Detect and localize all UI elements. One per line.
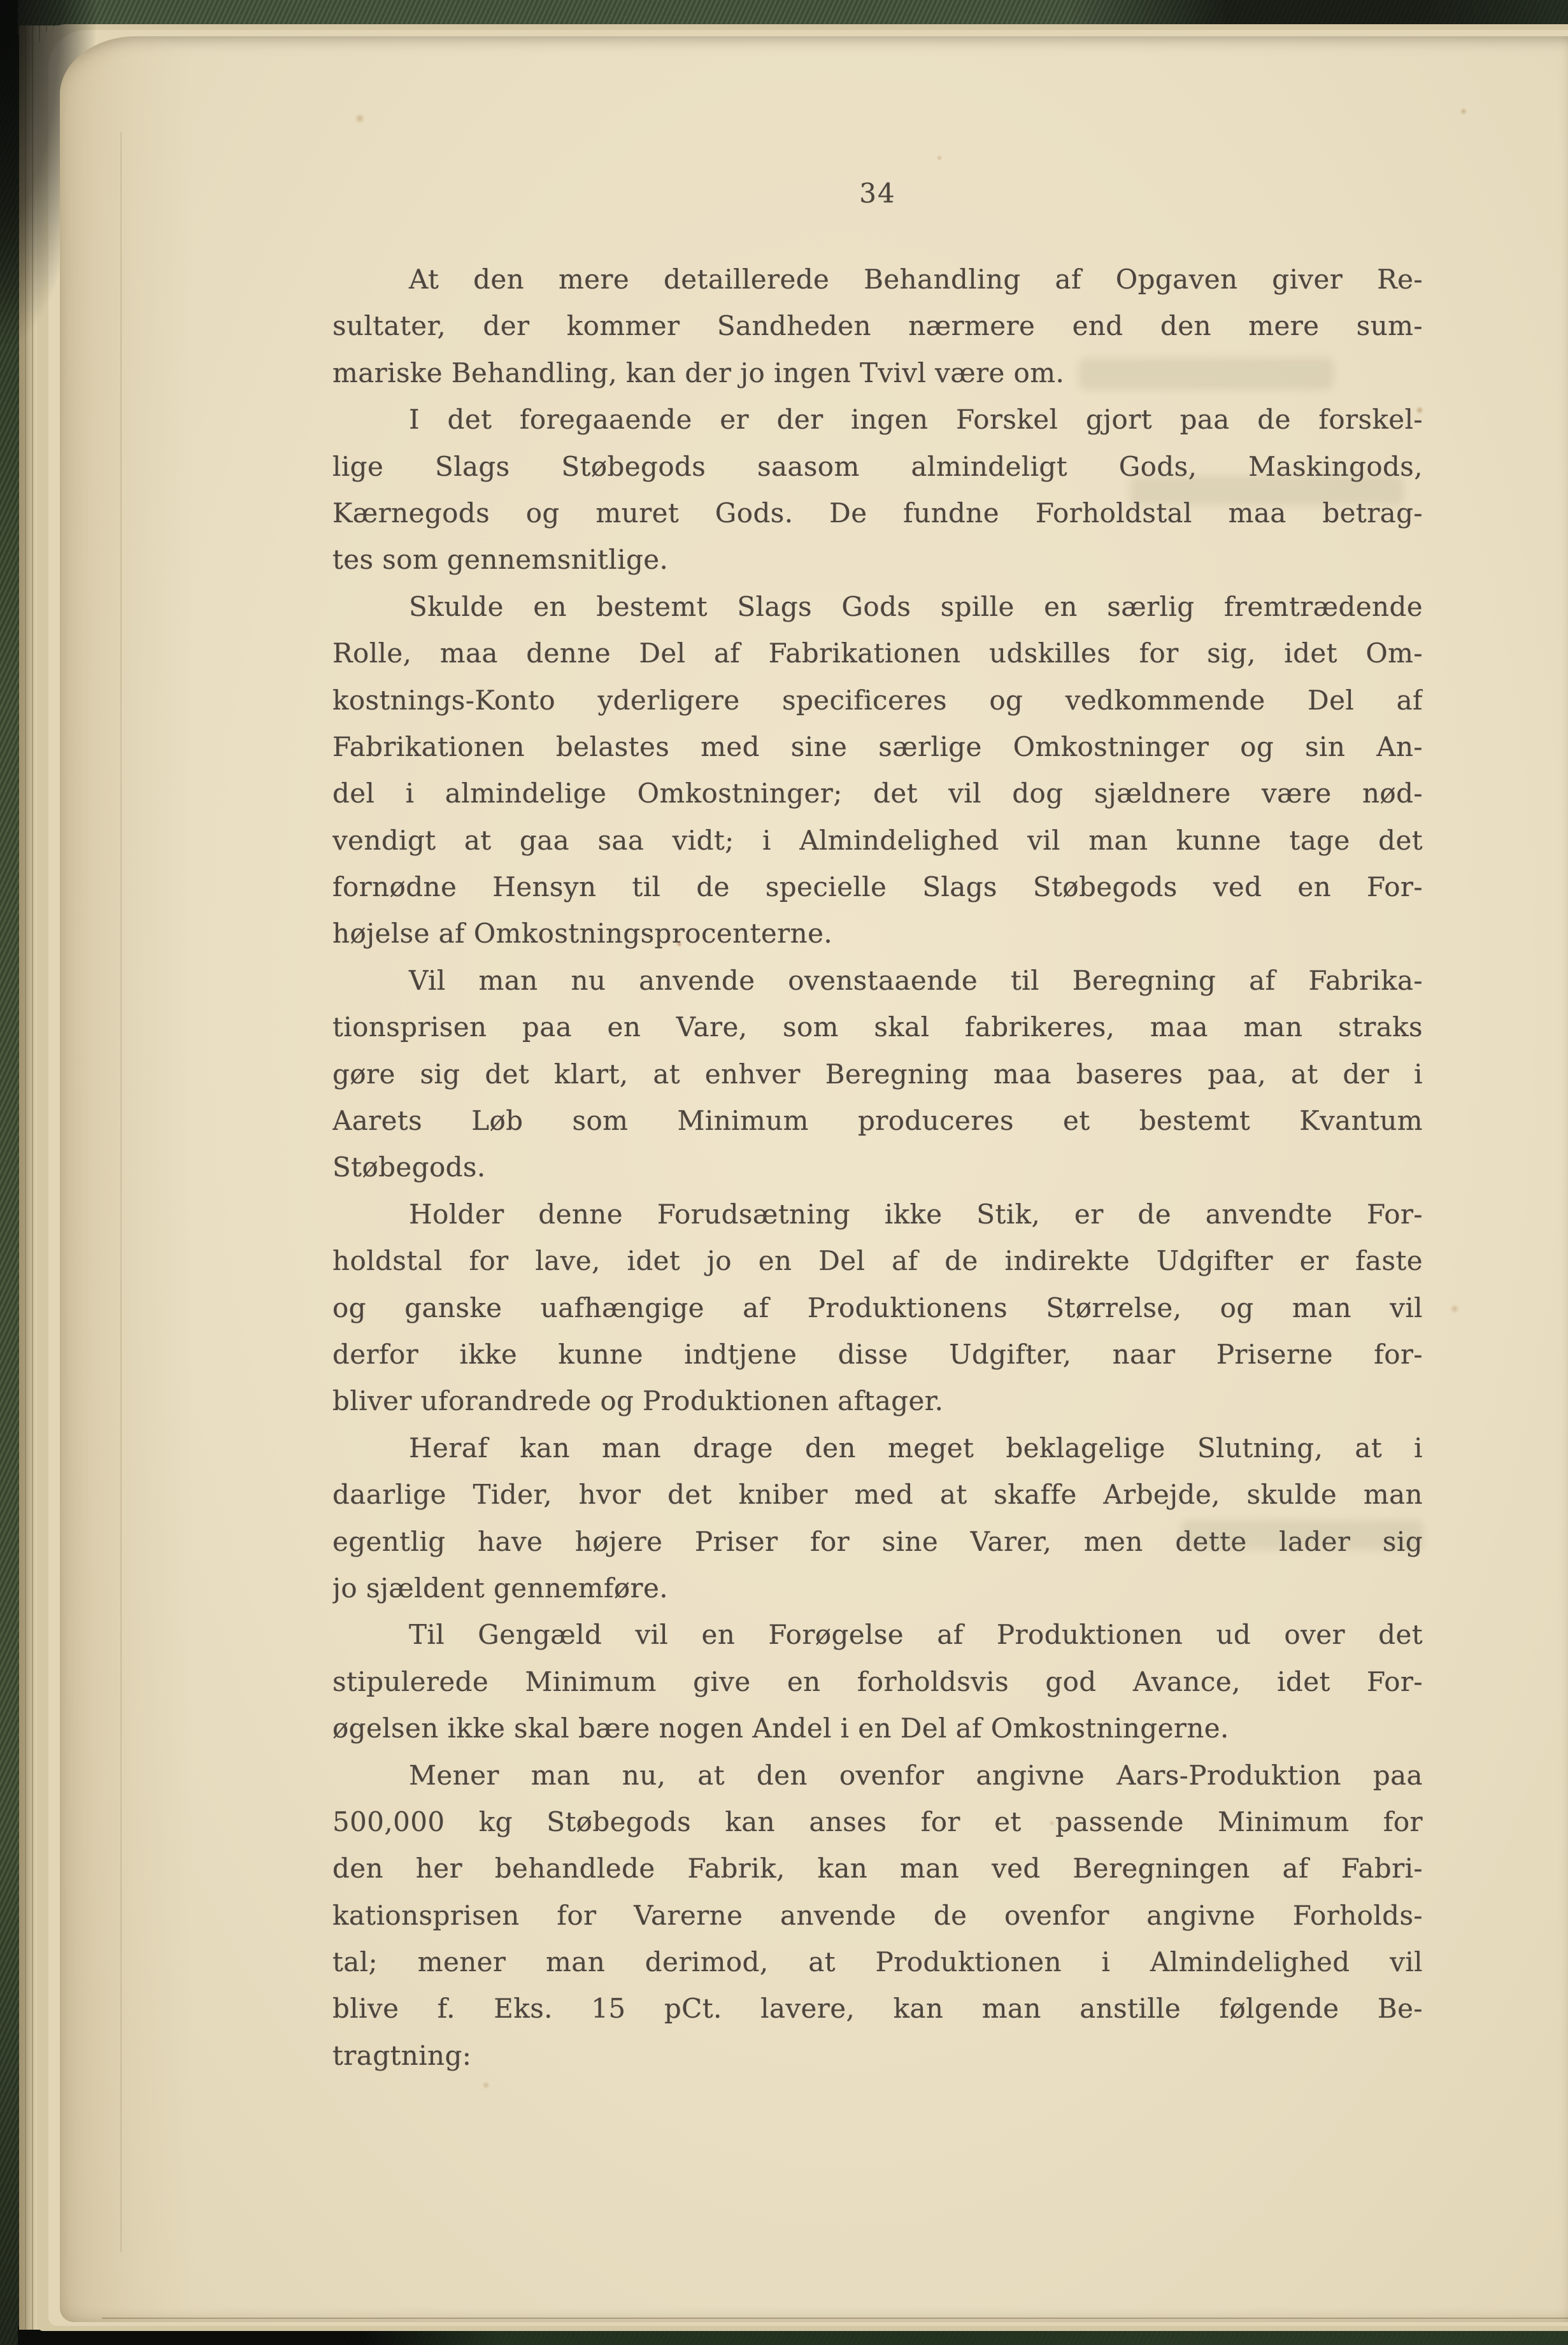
text-line: Kærnegods og muret Gods. De fundne Forho… <box>332 490 1423 536</box>
text-line: kostnings-Konto yderligere specificeres … <box>332 677 1423 723</box>
text-line: Vil man nu anvende ovenstaaende til Bere… <box>332 957 1423 1004</box>
text-line: tal; mener man derimod, at Produktionen … <box>332 1939 1423 1985</box>
text-line: højelse af Omkostningsprocenterne. <box>332 910 1423 957</box>
text-line: mariske Behandling, kan der jo ingen Tvi… <box>332 350 1423 396</box>
text-line: Aarets Løb som Minimum produceres et bes… <box>332 1097 1423 1144</box>
page-number: 34 <box>332 178 1423 209</box>
text-line: egentlig have højere Priser for sine Var… <box>332 1518 1423 1565</box>
text-line: Holder denne Forudsætning ikke Stik, er … <box>332 1191 1423 1237</box>
text-line: Heraf kan man drage den meget beklagelig… <box>332 1425 1423 1471</box>
text-line: Støbegods. <box>332 1144 1423 1190</box>
text-line: og ganske uafhængige af Produktionens St… <box>332 1285 1423 1331</box>
text-line: Rolle, maa denne Del af Fabrikationen ud… <box>332 630 1423 676</box>
text-line: tes som gennemsnitlige. <box>332 536 1423 583</box>
text-line: øgelsen ikke skal bære nogen Andel i en … <box>332 1705 1423 1751</box>
book-page: 34 At den mere detaillerede Behandling a… <box>60 36 1568 2322</box>
text-line: daarlige Tider, hvor det kniber med at s… <box>332 1471 1423 1518</box>
text-line: 500,000 kg Støbegods kan anses for et pa… <box>332 1799 1423 1845</box>
text-line: Mener man nu, at den ovenfor angivne Aar… <box>332 1752 1423 1799</box>
text-line: holdstal for lave, idet jo en Del af de … <box>332 1237 1423 1284</box>
foxing-spot <box>1450 1304 1460 1314</box>
text-line: Skulde en bestemt Slags Gods spille en s… <box>332 583 1423 630</box>
gutter-shading <box>60 36 194 2322</box>
text-line: Fabrikationen belastes med sine særlige … <box>332 723 1423 770</box>
text-line: blive f. Eks. 15 pCt. lavere, kan man an… <box>332 1985 1423 2032</box>
foxing-spot <box>354 113 366 124</box>
page-crease <box>120 132 122 2252</box>
text-line: bliver uforandrede og Produktionen aftag… <box>332 1378 1423 1424</box>
text-line: del i almindelige Omkostninger; det vil … <box>332 770 1423 816</box>
text-block: At den mere detaillerede Behandling af O… <box>332 256 1423 2079</box>
text-line: tragtning: <box>332 2032 1423 2079</box>
book-cover-edge-left <box>0 0 19 2345</box>
text-line: jo sjældent gennemføre. <box>332 1565 1423 1611</box>
text-line: derfor ikke kunne indtjene disse Udgifte… <box>332 1331 1423 1378</box>
text-line: fornødne Hensyn til de specielle Slags S… <box>332 864 1423 910</box>
text-line: kationsprisen for Varerne anvende de ove… <box>332 1892 1423 1939</box>
text-line: lige Slags Støbegods saasom almindeligt … <box>332 443 1423 490</box>
text-line: den her behandlede Fabrik, kan man ved B… <box>332 1845 1423 1892</box>
text-line: gøre sig det klart, at enhver Beregning … <box>332 1051 1423 1097</box>
text-line: tionsprisen paa en Vare, som skal fabrik… <box>332 1004 1423 1050</box>
text-line: sultater, der kommer Sandheden nærmere e… <box>332 303 1423 349</box>
foxing-spot <box>1460 108 1467 115</box>
foxing-spot <box>936 155 943 161</box>
text-line: I det foregaaende er der ingen Forskel g… <box>332 396 1423 443</box>
foxing-spot <box>481 2081 490 2090</box>
scan-background: 34 At den mere detaillerede Behandling a… <box>0 0 1568 2345</box>
text-line: vendigt at gaa saa vidt; i Almindelighed… <box>332 817 1423 864</box>
text-line: Til Gengæld vil en Forøgelse af Produkti… <box>332 1611 1423 1658</box>
text-line: At den mere detaillerede Behandling af O… <box>332 256 1423 303</box>
under-page-edge-line <box>102 2318 1568 2319</box>
text-line: stipulerede Minimum give en forholdsvis … <box>332 1658 1423 1705</box>
